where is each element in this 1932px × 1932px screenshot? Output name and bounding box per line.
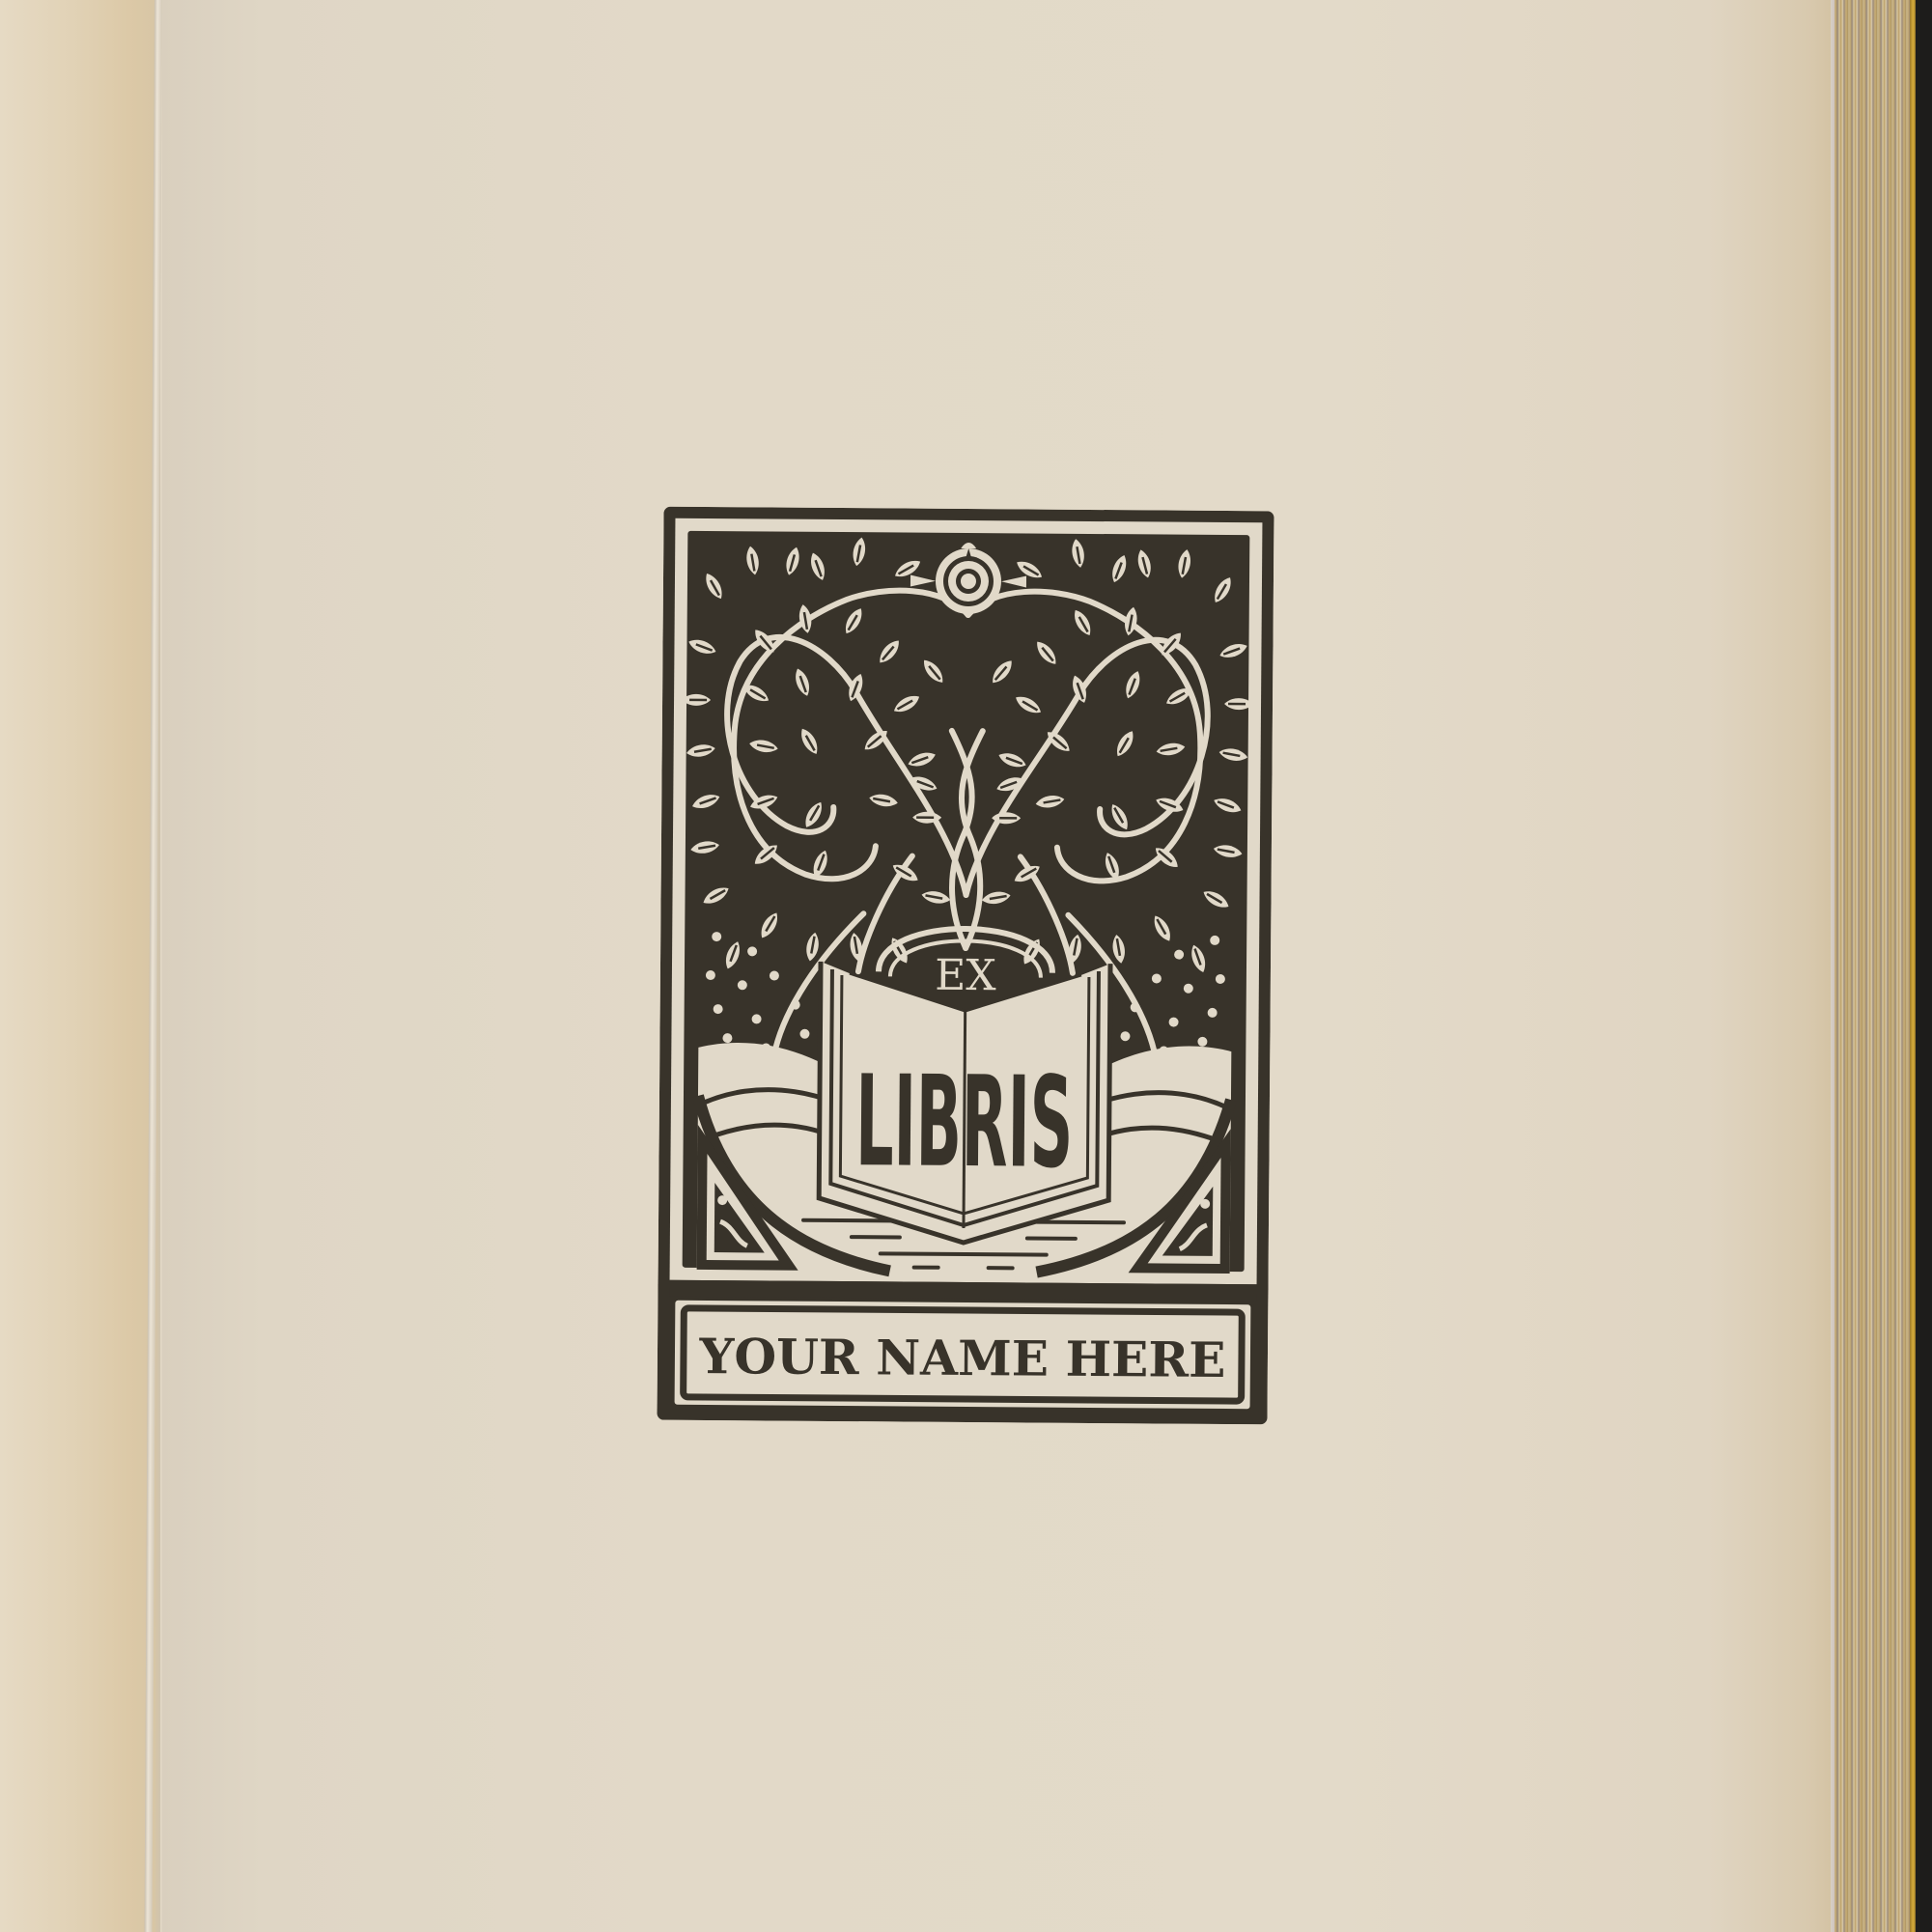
ex-libris-bookplate: EX LIBRIS YOUR NAME HERE [657, 507, 1274, 1425]
open-book-spread: EX LIBRIS YOUR NAME HERE [0, 0, 1932, 1932]
book-cover [1916, 0, 1932, 1932]
left-page [0, 0, 160, 1932]
owner-name: YOUR NAME HERE [698, 1328, 1225, 1388]
page-block-edges [1834, 0, 1916, 1932]
libris-text: LIBRIS [855, 1048, 1074, 1196]
ex-text: EX [935, 951, 997, 1000]
